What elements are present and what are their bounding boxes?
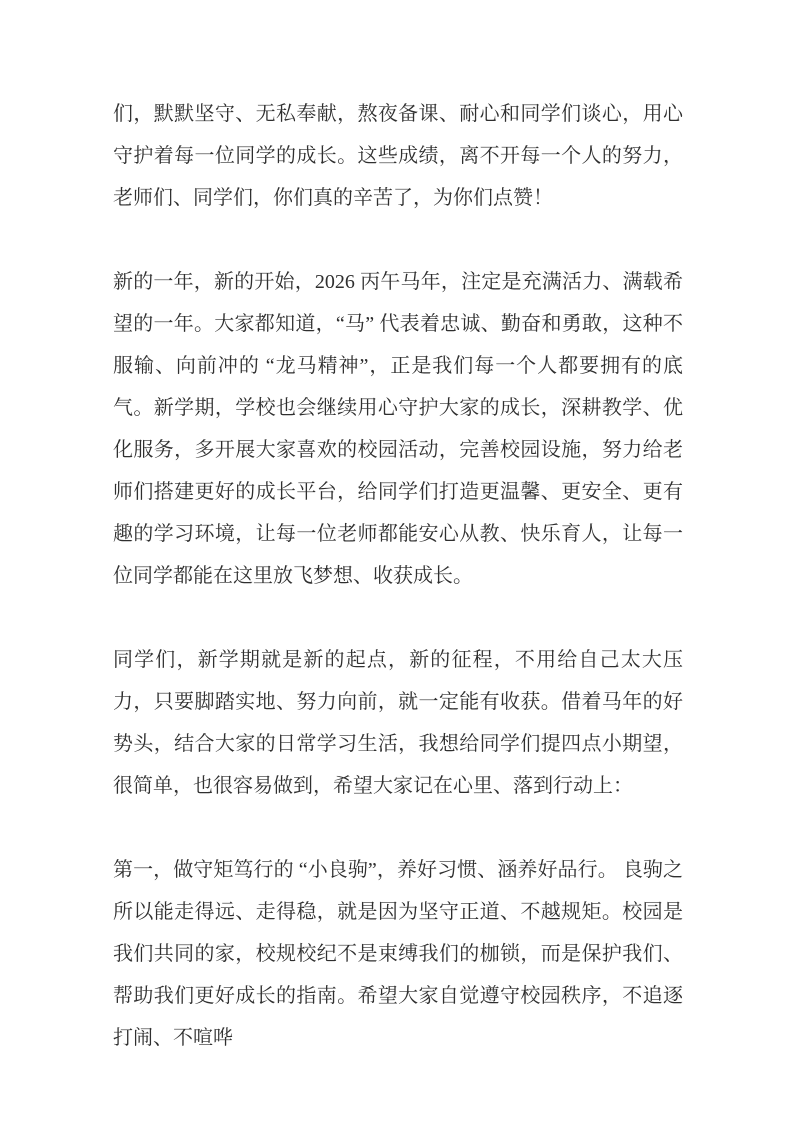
paragraph-4: 第一，做守矩笃行的 “小良驹”，养好习惯、涵养好品行。 良驹之所以能走得远、走得…: [113, 849, 683, 1059]
document-text-body: 们，默默坚守、无私奉献，熬夜备课、耐心和同学们谈心，用心守护着每一位同学的成长。…: [113, 93, 683, 1059]
paragraph-2: 新的一年，新的开始，2026 丙午马年，注定是充满活力、满载希望的一年。大家都知…: [113, 261, 683, 597]
paragraph-3: 同学们，新学期就是新的起点，新的征程，不用给自己太大压力，只要脚踏实地、努力向前…: [113, 639, 683, 807]
paragraph-1: 们，默默坚守、无私奉献，熬夜备课、耐心和同学们谈心，用心守护着每一位同学的成长。…: [113, 93, 683, 219]
document-page: 们，默默坚守、无私奉献，熬夜备课、耐心和同学们谈心，用心守护着每一位同学的成长。…: [0, 0, 793, 1122]
